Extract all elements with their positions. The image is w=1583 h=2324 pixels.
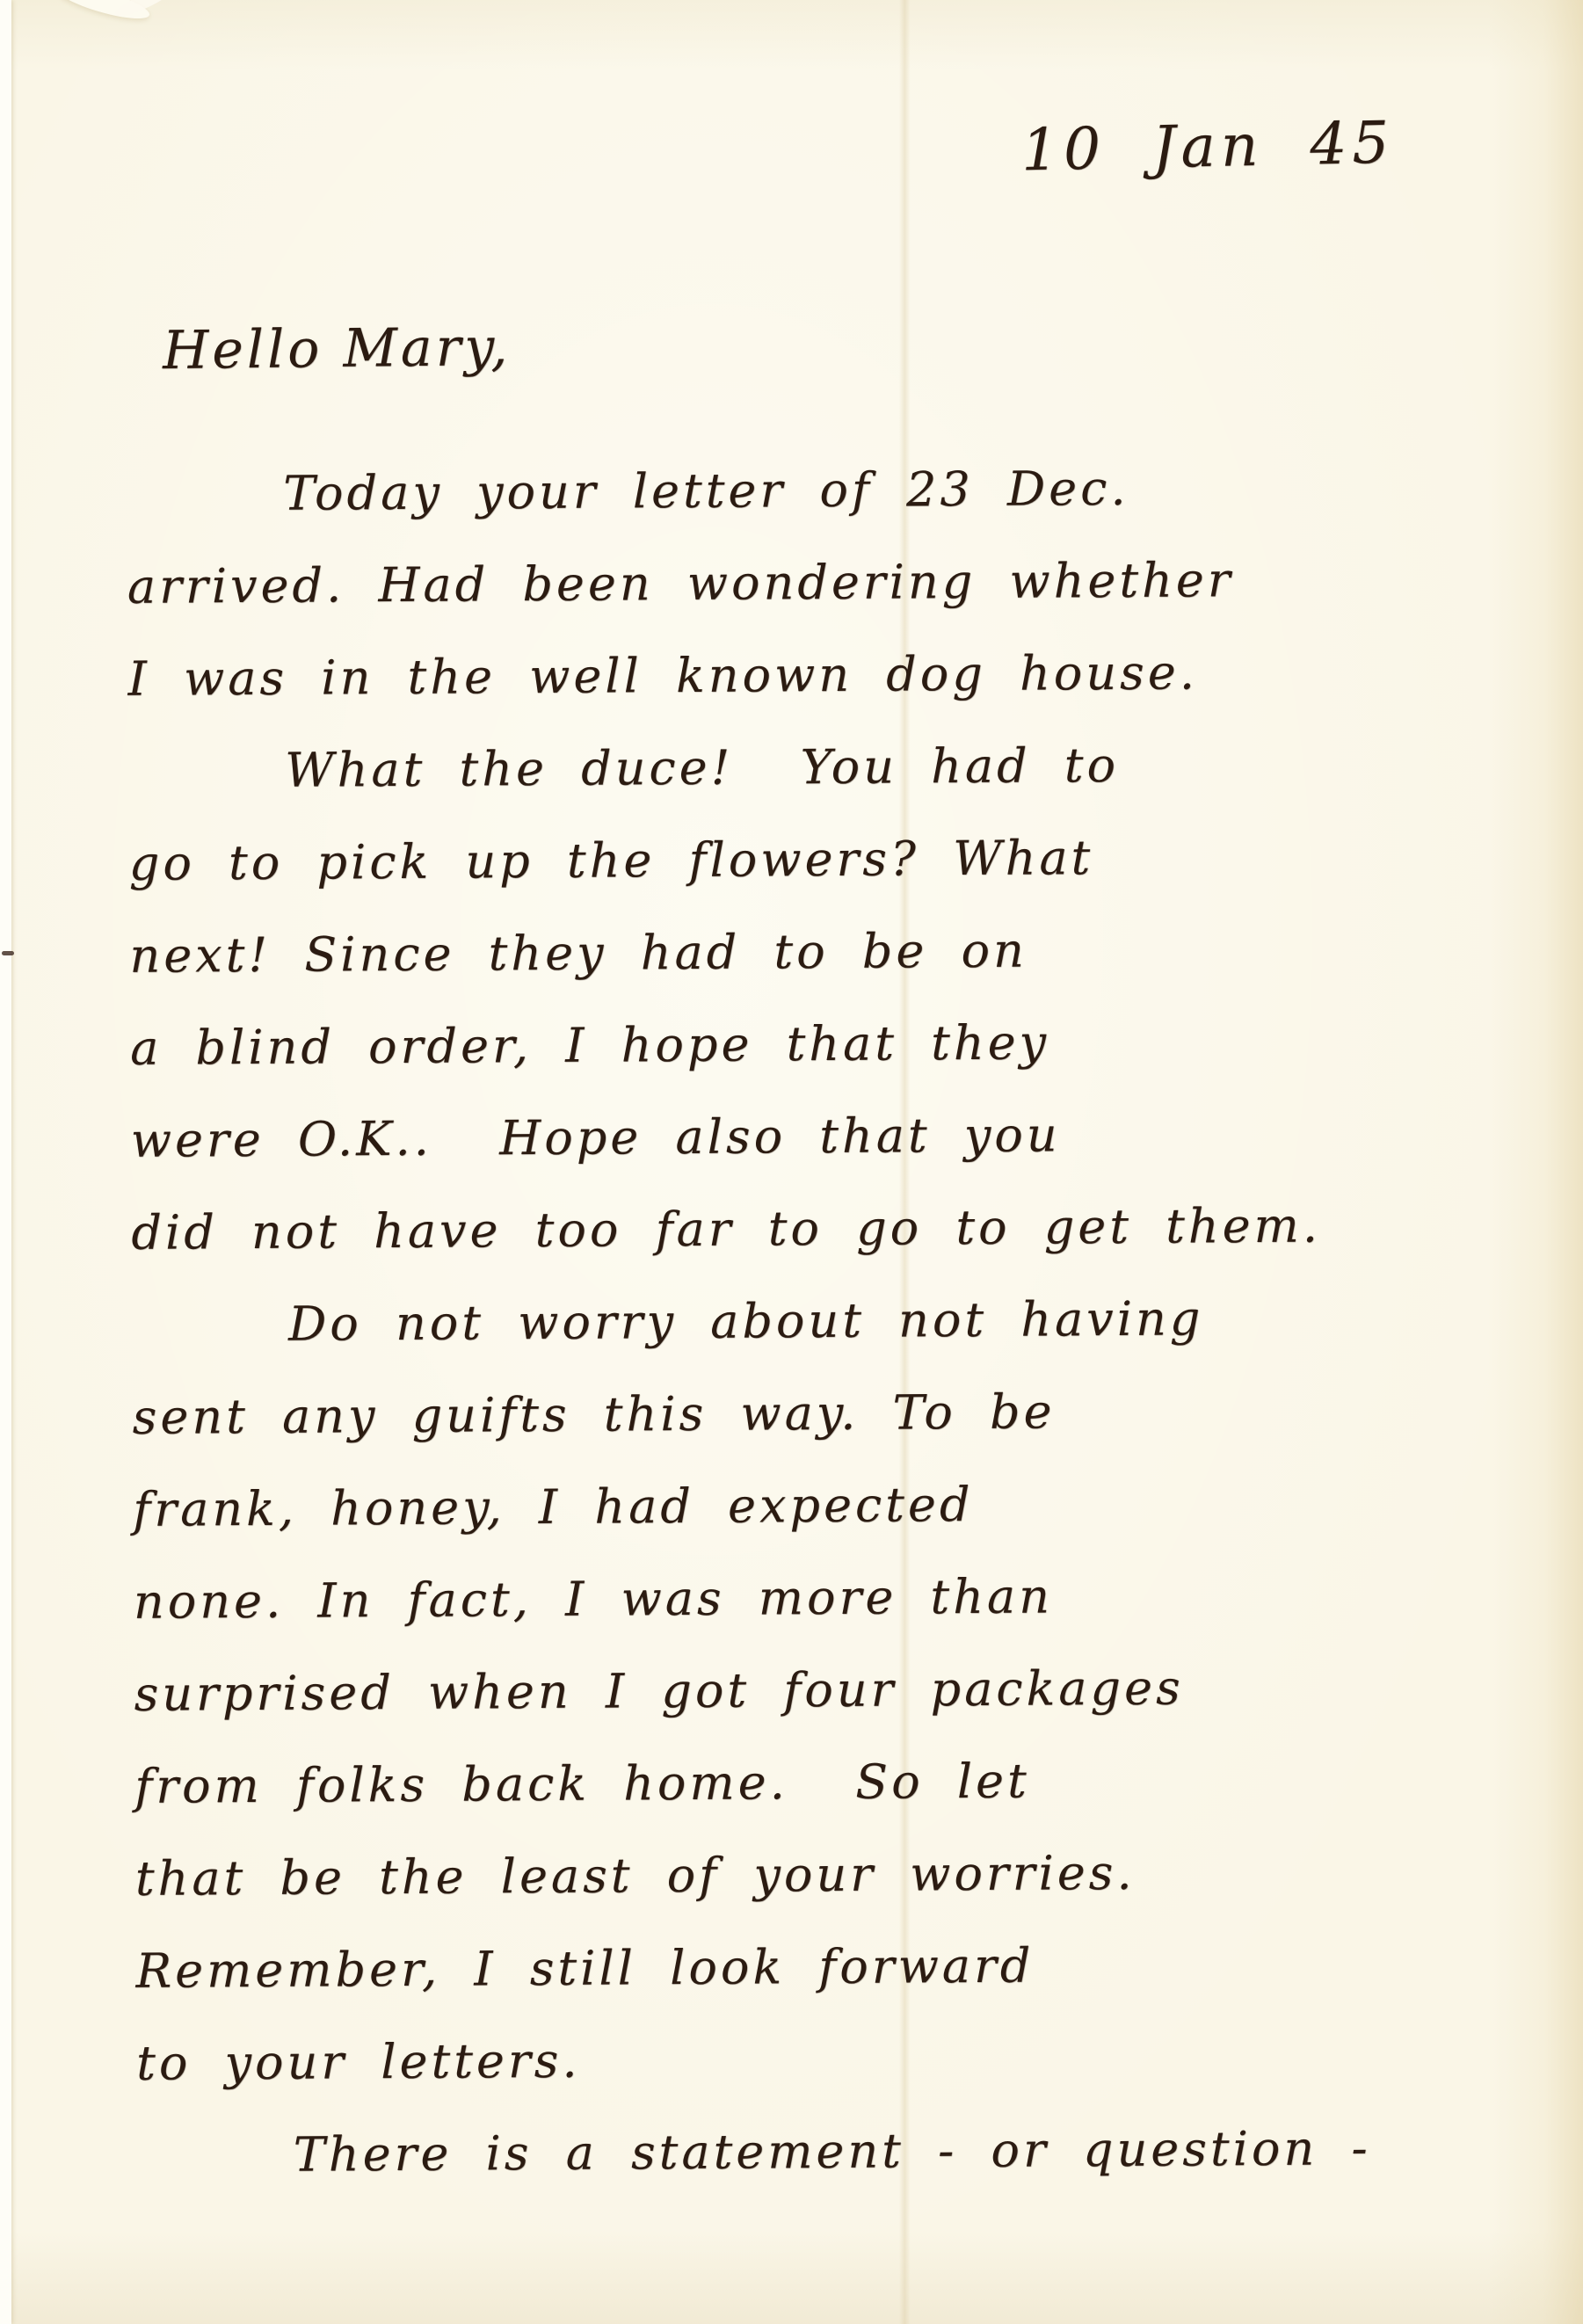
letter-line: go to pick up the flowers? What (128, 809, 1528, 910)
letter-line: that be the least of your worries. (135, 1824, 1535, 1925)
letter-line: did not have too far to go to get them. (131, 1178, 1530, 1279)
letter-line: frank, honey, I had expected (133, 1455, 1532, 1556)
letter-line: surprised when I got four packages (134, 1639, 1533, 1740)
letter-line: Do not worry about not having (132, 1270, 1531, 1371)
letter-line: Today your letter of 23 Dec. (127, 439, 1526, 541)
letter-line: There is a statement - or question - (136, 2101, 1536, 2202)
letter-body: Today your letter of 23 Dec. arrived. Ha… (127, 439, 1536, 2202)
letter-line: a blind order, I hope that they (130, 993, 1529, 1094)
letter-line: I was in the well known dog house. (127, 624, 1527, 725)
letter-line: to your letters. (136, 2008, 1536, 2110)
ink-mark (2, 951, 14, 955)
letter-line: What the duce! You had to (128, 716, 1528, 817)
letter-line: arrived. Had been wondering whether (127, 532, 1527, 633)
letter-line: sent any guifts this way. To be (132, 1362, 1531, 1463)
letter-line: none. In fact, I was more than (134, 1547, 1533, 1648)
letter-line: next! Since they had to be on (129, 901, 1529, 1002)
letter-line: Remember, I still look forward (135, 1916, 1535, 2017)
letter-date: 10 Jan 45 (1020, 109, 1395, 185)
letter-line: were O.K.. Hope also that you (130, 1086, 1529, 1187)
letter-greeting: Hello Mary, (163, 316, 512, 381)
scanner-edge-strip (0, 0, 11, 2324)
letter-page: 10 Jan 45 Hello Mary, Today your letter … (0, 0, 1583, 2324)
letter-line: from folks back home. So let (134, 1732, 1534, 1833)
